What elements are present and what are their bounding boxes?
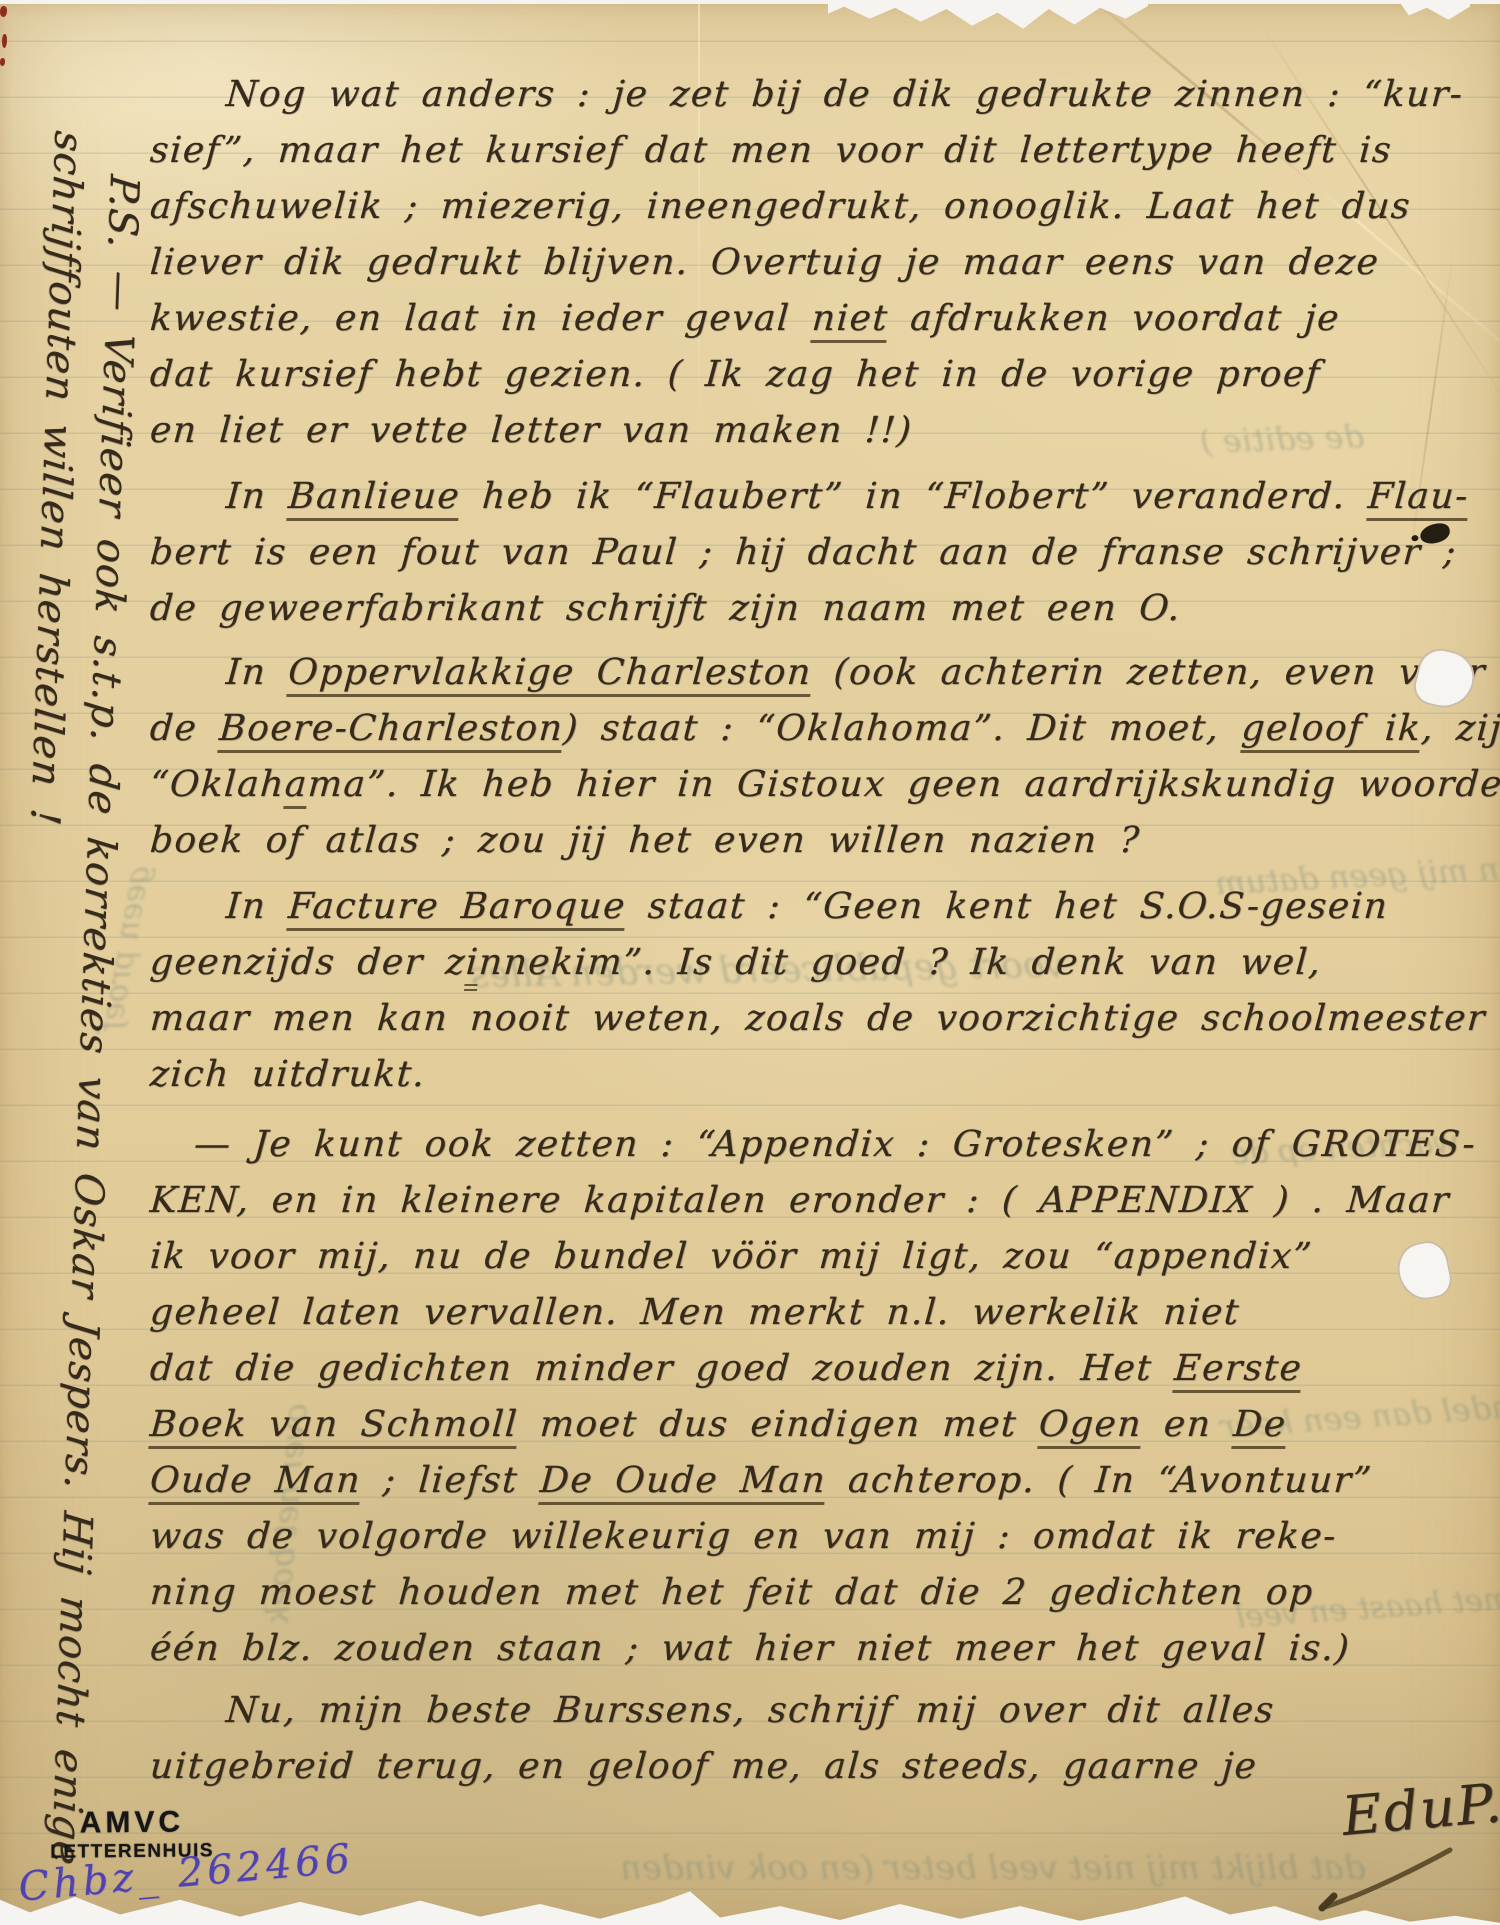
underlined-phrase: Boere-Charleston bbox=[218, 708, 565, 753]
letter-line: In Banlieue heb ik “Flaubert” in “Flober… bbox=[225, 476, 1471, 517]
text-segment: — Je kunt ook zetten : “Appendix : Grote… bbox=[193, 1124, 1478, 1165]
letter-line: Nu, mijn beste Burssens, schrijf mij ove… bbox=[225, 1690, 1277, 1731]
underlined-phrase: geloof ik bbox=[1240, 708, 1423, 753]
text-segment: Nog wat anders : je zet bij de dik gedru… bbox=[225, 74, 1465, 115]
underlined-phrase: De Oude Man bbox=[538, 1460, 827, 1505]
underlined-phrase: Eerste bbox=[1173, 1348, 1304, 1393]
underlined-phrase: Facture Baroque bbox=[287, 886, 628, 931]
letter-line: ning moest houden met het feit dat die 2… bbox=[149, 1572, 1316, 1613]
letter-line: liever dik gedrukt blijven. Overtuig je … bbox=[149, 242, 1381, 283]
text-segment: “Oklah bbox=[149, 764, 287, 805]
underlined-phrase: niet bbox=[810, 298, 890, 343]
letter-line: één blz. zouden staan ; wat hier niet me… bbox=[149, 1628, 1352, 1669]
text-segment: In bbox=[225, 886, 290, 927]
text-segment: geenzijds der z bbox=[149, 942, 468, 983]
letter-line: In Facture Baroque staat : “Geen kent he… bbox=[225, 886, 1390, 927]
letter-line: In Oppervlakkige Charleston (ook achteri… bbox=[225, 652, 1488, 693]
text-segment: ) staat : “Oklahoma”. Dit moet, bbox=[562, 708, 1243, 749]
signature: EduP. bbox=[1340, 1771, 1500, 1848]
text-segment: ik voor mij, nu de bundel vöör mij ligt,… bbox=[149, 1236, 1315, 1277]
letter-line: kwestie, en laat in ieder geval niet afd… bbox=[149, 298, 1342, 339]
text-segment: heb ik “Flaubert” in “Flobert” veranderd… bbox=[459, 476, 1370, 517]
text-segment: nnekim”. Is dit goed ? Ik denk van wel, bbox=[478, 942, 1323, 983]
letter-line: zich uitdrukt. bbox=[149, 1054, 427, 1095]
underlined-phrase: Boek van Schmoll bbox=[148, 1404, 519, 1449]
letter-line: afschuwelik ; miezerig, ineengedrukt, on… bbox=[149, 186, 1413, 227]
underlined-phrase: De bbox=[1232, 1404, 1288, 1449]
scanned-letter-page: voort gepubliceerd werden Allesdat blijk… bbox=[0, 0, 1500, 1925]
letter-line: sief”, maar het kursief dat men voor dit… bbox=[149, 130, 1394, 171]
text-segment: was de volgorde willekeurig en van mij :… bbox=[149, 1516, 1339, 1557]
letter-line: de geweerfabrikant schrijft zijn naam me… bbox=[149, 588, 1183, 629]
text-segment: sief”, maar het kursief dat men voor dit… bbox=[149, 130, 1394, 171]
underlined-phrase: Ogen bbox=[1037, 1404, 1143, 1449]
text-segment: kwestie, en laat in ieder geval bbox=[149, 298, 814, 339]
underlined-phrase: Banlieue bbox=[287, 476, 462, 521]
letter-line: boek of atlas ; zou jij het even willen … bbox=[149, 820, 1142, 861]
text-segment: uitgebreid terug, en geloof me, als stee… bbox=[149, 1746, 1259, 1787]
letter-line: de Boere-Charleston) staat : “Oklahoma”.… bbox=[149, 708, 1500, 749]
letter-line: Nog wat anders : je zet bij de dik gedru… bbox=[225, 74, 1465, 115]
bleedthrough-text: de editie ) bbox=[1199, 417, 1364, 461]
text-segment: KEN, en in kleinere kapitalen eronder : … bbox=[149, 1180, 1452, 1221]
letter-line: bert is een fout van Paul ; hij dacht aa… bbox=[149, 532, 1459, 573]
text-segment: zich uitdrukt. bbox=[149, 1054, 427, 1095]
text-segment: ; liefst bbox=[360, 1460, 542, 1501]
text-segment: ma”. Ik heb hier in Gistoux geen aardrij… bbox=[306, 764, 1500, 805]
text-segment: , zijn : bbox=[1420, 708, 1500, 749]
text-segment: Nu, mijn beste Burssens, schrijf mij ove… bbox=[225, 1690, 1277, 1731]
underlined-phrase: Oude Man bbox=[148, 1460, 362, 1505]
text-segment: achterop. ( In “Avontuur” bbox=[825, 1460, 1374, 1501]
signature-flourish bbox=[1314, 1840, 1464, 1918]
letter-line: geenzijds der zinnekim”. Is dit goed ? I… bbox=[149, 942, 1323, 983]
letter-line: Oude Man ; liefst De Oude Man achterop. … bbox=[149, 1460, 1374, 1501]
letter-line: — Je kunt ook zetten : “Appendix : Grote… bbox=[193, 1124, 1478, 1165]
text-segment: één blz. zouden staan ; wat hier niet me… bbox=[149, 1628, 1352, 1669]
text-segment: en liet er vette letter van maken !!) bbox=[149, 410, 914, 451]
text-segment: dat die gedichten minder goed zouden zij… bbox=[149, 1348, 1176, 1389]
text-segment: liever dik gedrukt blijven. Overtuig je … bbox=[149, 242, 1381, 283]
text-segment: maar men kan nooit weten, zoals de voorz… bbox=[149, 998, 1488, 1039]
archive-stamp-line: AMVC bbox=[46, 1805, 218, 1840]
text-segment: en bbox=[1141, 1404, 1235, 1445]
letter-line: uitgebreid terug, en geloof me, als stee… bbox=[149, 1746, 1259, 1787]
text-segment: moet dus eindigen met bbox=[517, 1404, 1041, 1445]
underlined-phrase: Oppervlakkige Charleston bbox=[287, 652, 814, 697]
text-segment: de bbox=[149, 708, 221, 749]
letter-line: en liet er vette letter van maken !!) bbox=[149, 410, 914, 451]
letter-line: maar men kan nooit weten, zoals de voorz… bbox=[149, 998, 1488, 1039]
text-segment: boek of atlas ; zou jij het even willen … bbox=[149, 820, 1142, 861]
text-segment: geheel laten vervallen. Men merkt n.l. w… bbox=[149, 1292, 1242, 1333]
letter-line: geheel laten vervallen. Men merkt n.l. w… bbox=[149, 1292, 1242, 1333]
underlined-phrase: a bbox=[283, 764, 309, 809]
text-segment: In bbox=[225, 476, 290, 517]
text-segment: (ook achterin zetten, even vöör bbox=[810, 652, 1487, 693]
text-segment: afschuwelik ; miezerig, ineengedrukt, on… bbox=[149, 186, 1413, 227]
bleedthrough-text: dat blijkt mij niet veel beter (en ook v… bbox=[620, 1848, 1366, 1888]
letter-line: KEN, en in kleinere kapitalen eronder : … bbox=[149, 1180, 1452, 1221]
letter-line: “Oklahama”. Ik heb hier in Gistoux geen … bbox=[149, 764, 1500, 805]
letter-line: dat die gedichten minder goed zouden zij… bbox=[149, 1348, 1304, 1389]
text-segment: de geweerfabrikant schrijft zijn naam me… bbox=[149, 588, 1183, 629]
letter-line: ik voor mij, nu de bundel vöör mij ligt,… bbox=[149, 1236, 1315, 1277]
text-segment: In bbox=[225, 652, 290, 693]
text-segment: afdrukken voordat je bbox=[887, 298, 1341, 339]
letter-line: was de volgorde willekeurig en van mij :… bbox=[149, 1516, 1339, 1557]
text-segment: bert is een fout van Paul ; hij dacht aa… bbox=[149, 532, 1459, 573]
text-segment: staat : “Geen kent het S.O.S-gesein bbox=[625, 886, 1390, 927]
letter-line: Boek van Schmoll moet dus eindigen met O… bbox=[149, 1404, 1288, 1445]
text-segment: ning moest houden met het feit dat die 2… bbox=[149, 1572, 1316, 1613]
underlined-phrase: Flau- bbox=[1366, 476, 1470, 521]
letter-line: dat kursief hebt gezien. ( Ik zag het in… bbox=[149, 354, 1323, 395]
text-segment: dat kursief hebt gezien. ( Ik zag het in… bbox=[149, 354, 1323, 395]
